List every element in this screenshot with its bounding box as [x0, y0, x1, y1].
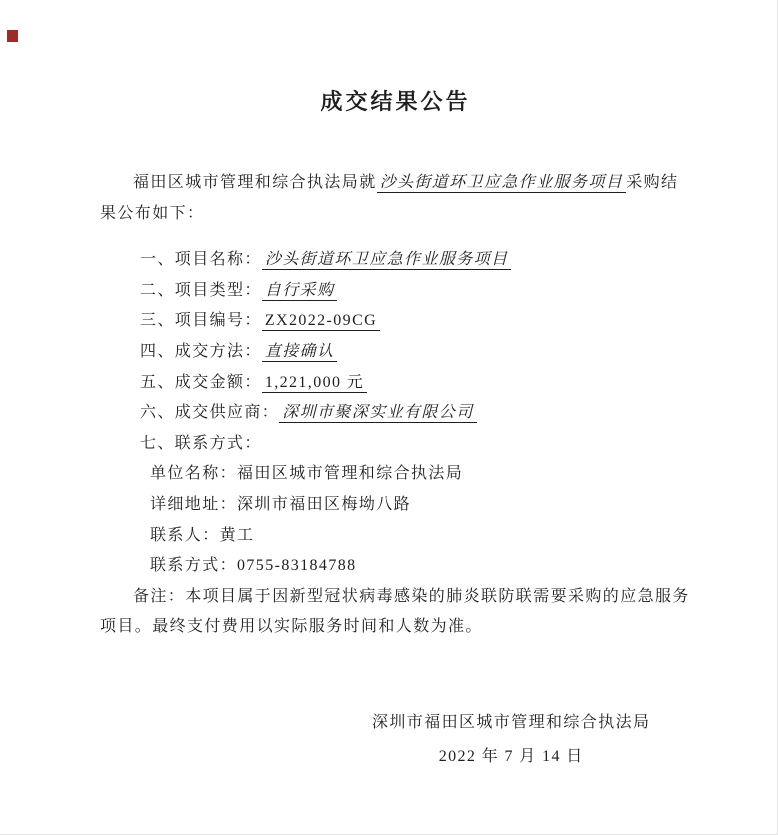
item-value-underlined: 深圳市聚深实业有限公司: [279, 404, 476, 423]
item-label: 二、项目类型：: [140, 282, 262, 299]
item-supplier: 六、成交供应商：深圳市聚深实业有限公司: [100, 398, 691, 429]
item-deal-amount: 五、成交金额：1,221,000 元: [100, 368, 691, 399]
item-deal-method: 四、成交方法：直接确认: [100, 337, 691, 368]
contact-phone: 联系方式：0755-83184788: [100, 551, 691, 582]
item-value-underlined: 直接确认: [262, 343, 338, 362]
item-label: 六、成交供应商：: [140, 404, 279, 421]
item-label: 四、成交方法：: [140, 343, 262, 360]
intro-paragraph: 福田区城市管理和综合执法局就沙头街道环卫应急作业服务项目采购结果公布如下：: [100, 168, 691, 229]
item-label: 三、项目编号：: [140, 312, 262, 329]
item-value-underlined: 沙头街道环卫应急作业服务项目: [262, 251, 512, 270]
contact-person: 联系人：黄工: [100, 521, 691, 552]
contact-section: 单位名称：福田区城市管理和综合执法局 详细地址：深圳市福田区梅坳八路 联系人：黄…: [100, 459, 691, 581]
item-value-underlined: 1,221,000 元: [262, 374, 367, 393]
note-paragraph: 备注：本项目属于因新型冠状病毒感染的肺炎联防联需要采购的应急服务项目。最终支付费…: [100, 582, 691, 643]
contact-heading: 七、联系方式：: [100, 429, 691, 460]
item-label: 五、成交金额：: [140, 374, 262, 391]
item-value-underlined: ZX2022-09CG: [262, 312, 380, 331]
intro-project-name-underlined: 沙头街道环卫应急作业服务项目: [377, 174, 627, 193]
contact-unit-name: 单位名称：福田区城市管理和综合执法局: [100, 459, 691, 490]
signature-organization: 深圳市福田区城市管理和综合执法局: [372, 706, 650, 740]
intro-prefix: 福田区城市管理和综合执法局就: [133, 174, 377, 191]
item-project-name: 一、项目名称：沙头街道环卫应急作业服务项目: [100, 245, 691, 276]
item-project-type: 二、项目类型：自行采购: [100, 276, 691, 307]
signature-date: 2022 年 7 月 14 日: [372, 740, 650, 774]
item-label: 一、项目名称：: [140, 251, 262, 268]
page-title: 成交结果公告: [100, 88, 691, 116]
contact-heading-label: 七、联系方式：: [140, 435, 262, 452]
document-body: 成交结果公告 福田区城市管理和综合执法局就沙头街道环卫应急作业服务项目采购结果公…: [100, 88, 691, 774]
announcement-page: 成交结果公告 福田区城市管理和综合执法局就沙头街道环卫应急作业服务项目采购结果公…: [0, 0, 778, 835]
item-value-underlined: 自行采购: [262, 282, 338, 301]
contact-address: 详细地址：深圳市福田区梅坳八路: [100, 490, 691, 521]
red-square-marker: [7, 30, 18, 42]
signature-block: 深圳市福田区城市管理和综合执法局 2022 年 7 月 14 日: [372, 706, 650, 774]
numbered-items: 一、项目名称：沙头街道环卫应急作业服务项目 二、项目类型：自行采购 三、项目编号…: [100, 245, 691, 429]
item-project-number: 三、项目编号：ZX2022-09CG: [100, 306, 691, 337]
